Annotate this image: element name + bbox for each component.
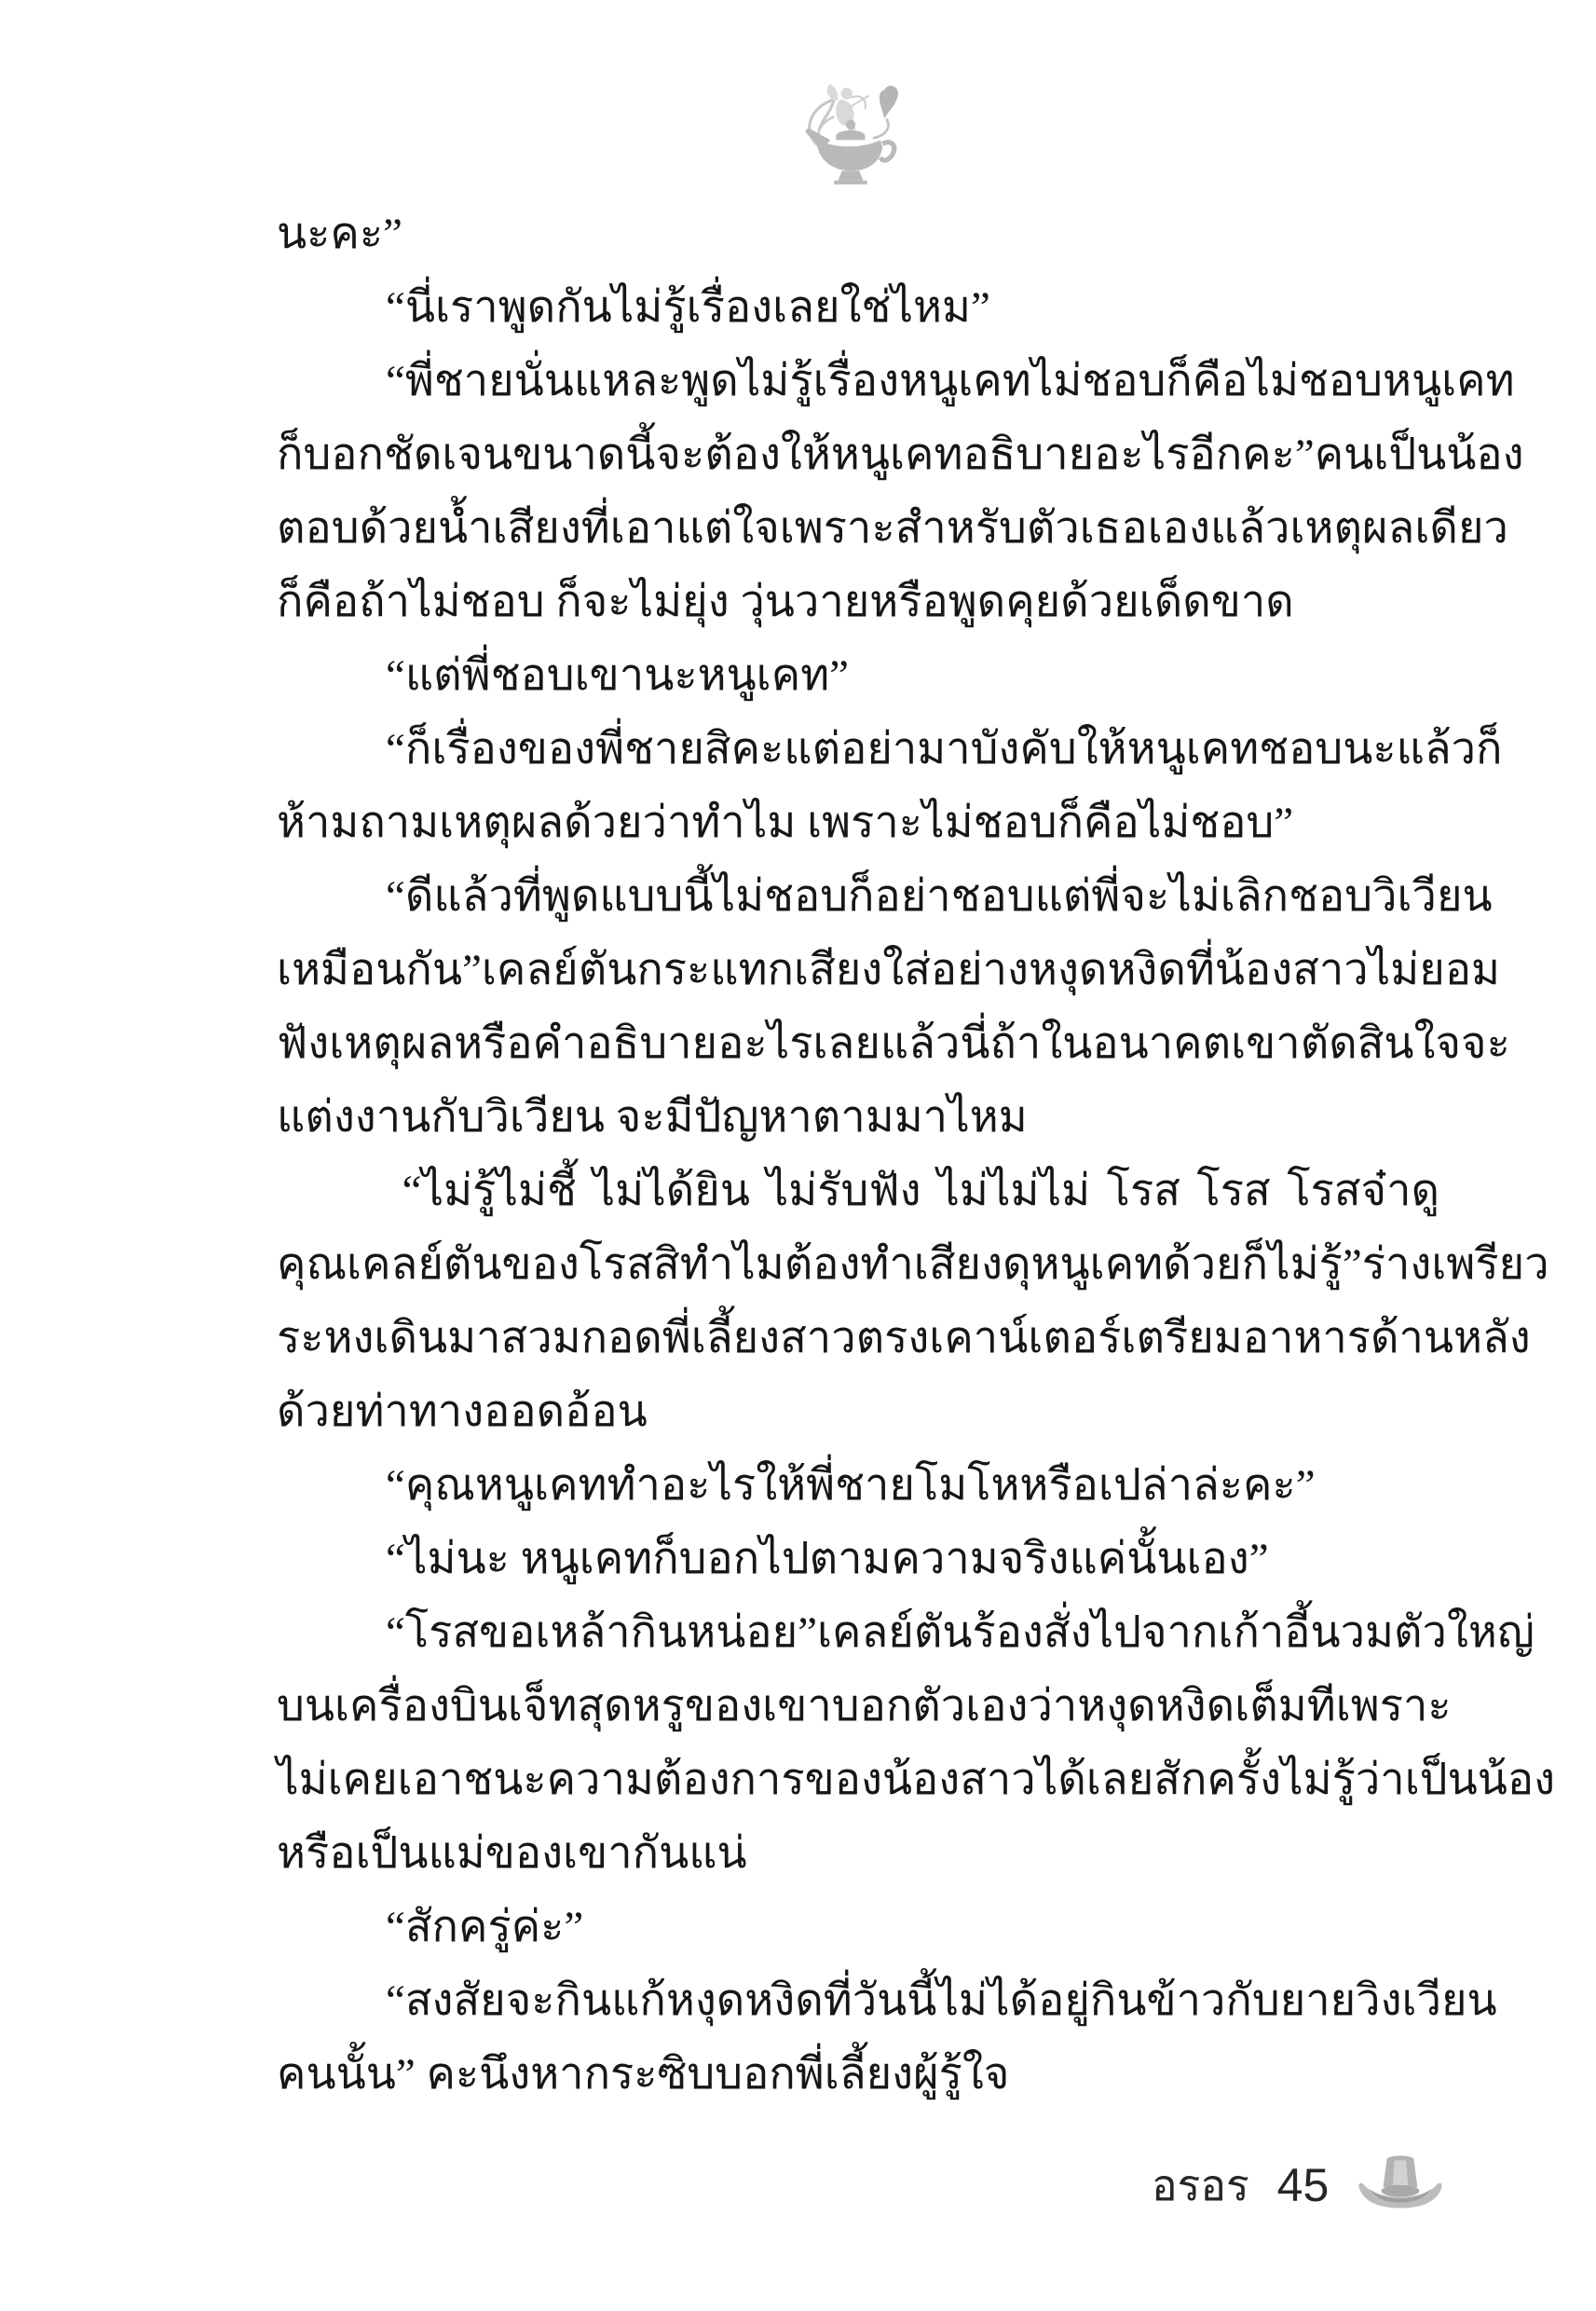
text-phrase: ตอบด้วยน้ำเสียงที่เอาแต่ใจ [277, 492, 780, 566]
text-phrase: แต่อย่ามาบังคับให้หนูเคทชอบนะ [784, 713, 1396, 786]
text-phrase: ก็บอกชัดเจนขนาดนี้จะต้องให้หนูเคทอธิบายอ… [277, 418, 1315, 492]
text-line: “ไม่รู้ไม่ชี้ไม่ได้ยินไม่รับฟังไม่ไม่ไม่… [277, 1155, 1439, 1228]
text-phrase: ฟังเหตุผลหรือคำอธิบายอะไรเลย [277, 1007, 880, 1081]
text-line: ไม่เคยเอาชนะความต้องการของน้องสาวได้เลยส… [277, 1744, 1439, 1817]
page-number: 45 [1277, 2162, 1330, 2208]
text-phrase: “โรส [386, 1596, 479, 1670]
text-line: “สงสัยจะกินแก้หงุดหงิดที่วันนี้ไม่ได้อยู… [277, 1964, 1439, 2038]
text-phrase: “ก็เรื่องของพี่ชายสิคะ [386, 713, 784, 786]
page-footer: อรอร 45 [1152, 2151, 1444, 2220]
text-phrase: หนูเคทไม่ชอบก็คือไม่ชอบ [899, 345, 1383, 418]
text-phrase: ไม่รับฟัง [767, 1155, 921, 1228]
text-phrase: “ไม่รู้ไม่ชี้ [402, 1155, 577, 1228]
text-line: “นี่เราพูดกันไม่รู้เรื่องเลยใช่ไหม” [277, 271, 1439, 345]
text-phrase: ไม่รู้ว่าเป็นน้อง [1281, 1744, 1555, 1817]
text-line: “แต่พี่ชอบเขานะหนูเคท” [277, 639, 1439, 713]
text-phrase: ไม่ชอบก็อย่าชอบ [713, 860, 1034, 934]
text-phrase: คุณเคลย์ตันของโรสสิ [277, 1228, 680, 1302]
text-phrase: เคลย์ตันร้องสั่งไปจากเก้าอี้นวมตัวใหญ่ [817, 1596, 1535, 1670]
text-phrase: ระหงเดินมาสวมกอดพี่เลี้ยงสาวตรงเคาน์เตอร… [277, 1302, 1531, 1375]
text-phrase: ร่างเพรียว [1362, 1228, 1549, 1302]
text-line: แต่งงานกับวิเวียน จะมีปัญหาตามมาไหม [277, 1081, 1439, 1155]
text-phrase: โรส [1107, 1155, 1180, 1228]
text-block: นะคะ”“นี่เราพูดกันไม่รู้เรื่องเลยใช่ไหม”… [277, 198, 1439, 2112]
text-phrase: “ดีแล้วที่พูดแบบนี้ [386, 860, 713, 934]
text-phrase: เหมือนกัน” [277, 934, 482, 1007]
text-line: “พี่ชายนั่นแหละพูดไม่รู้เรื่องหนูเคทไม่ช… [277, 345, 1439, 418]
text-phrase: “สงสัยจะกินแก้หงุดหงิดที่วันนี้ไม่ได้อยู… [386, 1964, 1497, 2038]
text-phrase: แต่พี่จะไม่เลิกชอบวิเวียน [1035, 860, 1493, 934]
text-phrase: แล้วนี่ถ้าในอนาคตเขาตัดสินใจจะ [880, 1007, 1510, 1081]
text-phrase: บอกตัวเองว่าหงุดหงิดเต็มที [832, 1670, 1336, 1744]
text-line: “ดีแล้วที่พูดแบบนี้ไม่ชอบก็อย่าชอบแต่พี่… [277, 860, 1439, 934]
text-phrase: ไม่เคยเอาชนะความต้องการของน้องสาวได้เลยส… [277, 1744, 1281, 1817]
text-line: ตอบด้วยน้ำเสียงที่เอาแต่ใจเพราะสำหรับตัว… [277, 492, 1439, 566]
text-phrase: หนูเคท [1383, 345, 1515, 418]
cowboy-hat-icon [1357, 2154, 1444, 2216]
text-phrase: “พี่ชายนั่นแหละพูดไม่รู้เรื่อง [386, 345, 899, 418]
text-phrase: โรสจ๋าดู [1287, 1155, 1439, 1228]
text-phrase: เพราะ [1336, 1670, 1452, 1744]
text-line: คุณเคลย์ตันของโรสสิทำไมต้องทำเสียงดุหนูเ… [277, 1228, 1439, 1302]
genie-lamp-graphic [801, 80, 902, 186]
cowboy-hat-graphic [1357, 2154, 1444, 2216]
book-page: นะคะ”“นี่เราพูดกันไม่รู้เรื่องเลยใช่ไหม”… [0, 0, 1596, 2311]
text-line: ฟังเหตุผลหรือคำอธิบายอะไรเลยแล้วนี่ถ้าใน… [277, 1007, 1439, 1081]
text-phrase: ทำไมต้องทำเสียงดุหนูเคทด้วยก็ไม่รู้” [680, 1228, 1362, 1302]
text-line: หรือเป็นแม่ของเขากันแน่ [277, 1817, 1439, 1891]
text-line: บนเครื่องบินเจ็ทสุดหรูของเขาบอกตัวเองว่า… [277, 1670, 1439, 1744]
text-line: ระหงเดินมาสวมกอดพี่เลี้ยงสาวตรงเคาน์เตอร… [277, 1302, 1439, 1375]
text-phrase: ไม่ไม่ไม่ [937, 1155, 1090, 1228]
text-phrase: เคลย์ตันกระแทกเสียงใส่อย่างหงุดหงิดที่น้… [482, 934, 1500, 1007]
text-phrase: แล้วก็ [1397, 713, 1503, 786]
text-line: “โรสขอเหล้ากินหน่อย”เคลย์ตันร้องสั่งไปจา… [277, 1596, 1439, 1670]
text-line: นะคะ” [277, 198, 1439, 271]
text-line: “สักครู่ค่ะ” [277, 1891, 1439, 1964]
text-line: “ไม่นะ หนูเคทก็บอกไปตามความจริงแค่นั้นเอ… [277, 1523, 1439, 1596]
text-line: “ก็เรื่องของพี่ชายสิคะแต่อย่ามาบังคับให้… [277, 713, 1439, 786]
text-phrase: คนเป็นน้อง [1315, 418, 1524, 492]
text-line: คนนั้น” คะนึงหากระซิบบอกพี่เลี้ยงผู้รู้ใ… [277, 2038, 1439, 2112]
text-phrase: เพราะสำหรับตัวเธอเองแล้ว [780, 492, 1290, 566]
text-phrase: เหตุผลเดียว [1289, 492, 1507, 566]
footer-series-label: อรอร [1152, 2164, 1249, 2207]
text-line: ก็คือถ้าไม่ชอบ ก็จะไม่ยุ่ง วุ่นวายหรือพู… [277, 566, 1439, 639]
text-line: เหมือนกัน”เคลย์ตันกระแทกเสียงใส่อย่างหงุ… [277, 934, 1439, 1007]
text-phrase: โรส [1197, 1155, 1271, 1228]
genie-lamp-icon [801, 80, 902, 186]
text-phrase: บนเครื่องบินเจ็ทสุดหรูของเขา [277, 1670, 832, 1744]
text-line: ด้วยท่าทางออดอ้อน [277, 1375, 1439, 1449]
text-line: “คุณหนูเคททำอะไรให้พี่ชายโมโหหรือเปล่าล่… [277, 1449, 1439, 1523]
text-line: ก็บอกชัดเจนขนาดนี้จะต้องให้หนูเคทอธิบายอ… [277, 418, 1439, 492]
text-line: ห้ามถามเหตุผลด้วยว่าทำไม เพราะไม่ชอบก็คื… [277, 786, 1439, 860]
text-phrase: ไม่ได้ยิน [593, 1155, 750, 1228]
text-phrase: ขอเหล้ากินหน่อย” [479, 1596, 817, 1670]
